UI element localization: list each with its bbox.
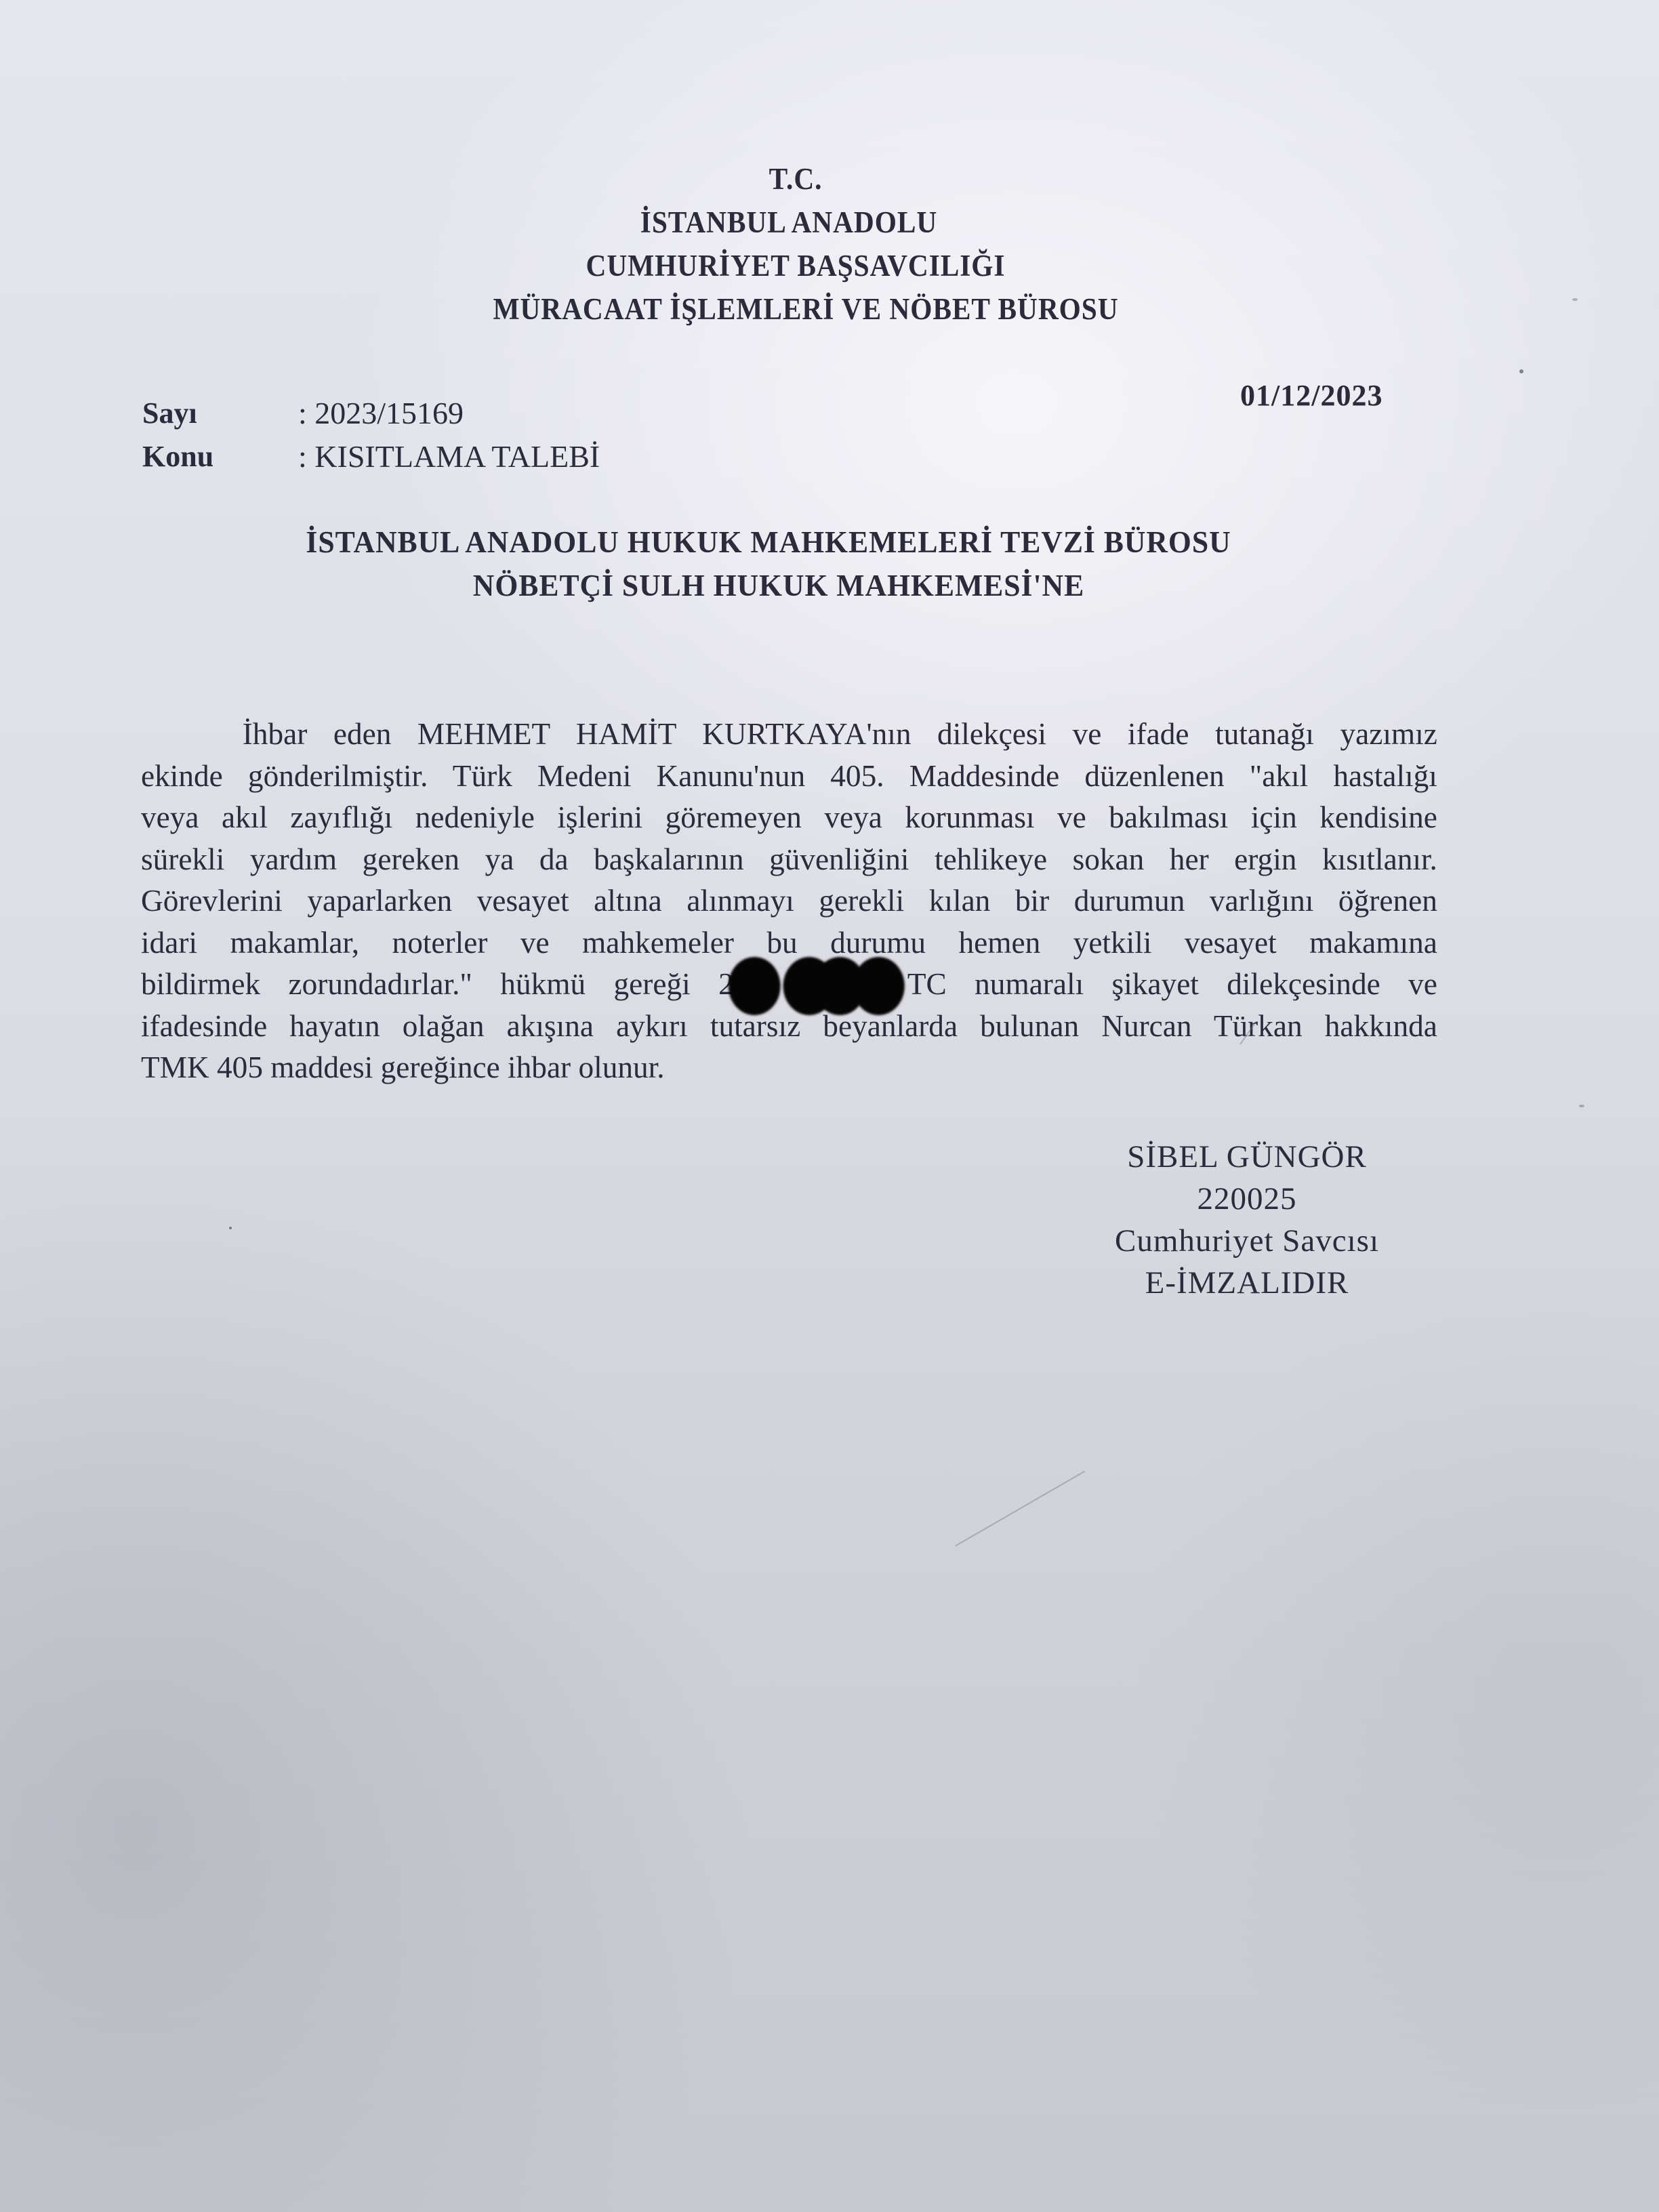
body-line: ekinde gönderilmiştir. Türk Medeni Kanun… — [141, 755, 1437, 797]
body-line-7-after: TC numaralı şikayet dilekçesinde ve — [907, 966, 1437, 1001]
signatory-title: Cumhuriyet Savcısı — [1071, 1220, 1423, 1262]
sayi-label: Sayı — [142, 393, 197, 434]
signatory-number: 220025 — [1071, 1178, 1423, 1220]
body-line-7-before: bildirmek zorundadırlar." hükmü gereği 2 — [141, 966, 734, 1001]
sayi-value: : 2023/15169 — [298, 393, 464, 434]
paper-crease — [956, 1471, 1086, 1547]
body-line: veya akıl zayıflığı nedeniyle işlerini g… — [141, 796, 1437, 838]
body-line: sürekli yardım gereken ya da başkalarını… — [141, 838, 1437, 880]
body-line: idari makamlar, noterler ve mahkemeler b… — [141, 922, 1437, 964]
paper-speck — [229, 1227, 232, 1229]
konu-label: Konu — [142, 436, 213, 477]
paper-speck — [1519, 369, 1523, 373]
issuer-header: T.C. İSTANBUL ANADOLU CUMHURİYET BAŞSAVC… — [0, 157, 1659, 331]
addressee-line-1: İSTANBUL ANADOLU HUKUK MAHKEMELERİ TEVZİ… — [0, 520, 1614, 564]
body-line: İhbar eden MEHMET HAMİT KURTKAYA'nın dil… — [141, 713, 1437, 755]
header-city: İSTANBUL ANADOLU — [0, 201, 1589, 244]
body-line-redacted: bildirmek zorundadırlar." hükmü gereği 2… — [141, 963, 1437, 1005]
header-bureau: MÜRACAAT İŞLEMLERİ VE NÖBET BÜROSU — [21, 287, 1591, 331]
body-line: TMK 405 maddesi gereğince ihbar olunur. — [141, 1046, 1437, 1088]
redaction-marks — [734, 973, 907, 1000]
paper-speck — [1579, 1105, 1584, 1107]
header-prosecutor-office: CUMHURİYET BAŞSAVCILIĞI — [1, 244, 1590, 287]
body-line: Görevlerini yaparlarken vesayet altına a… — [141, 880, 1437, 922]
konu-value: : KISITLAMA TALEBİ — [298, 436, 600, 477]
body-paragraph: İhbar eden MEHMET HAMİT KURTKAYA'nın dil… — [141, 713, 1437, 1088]
addressee-block: İSTANBUL ANADOLU HUKUK MAHKEMELERİ TEVZİ… — [0, 520, 1659, 607]
paper-speck — [1572, 298, 1578, 301]
e-signature-status: E-İMZALIDIR — [1071, 1262, 1423, 1304]
signatory-name: SİBEL GÜNGÖR — [1071, 1136, 1423, 1178]
document-page: T.C. İSTANBUL ANADOLU CUMHURİYET BAŞSAVC… — [0, 0, 1659, 2212]
document-date: 01/12/2023 — [1240, 378, 1382, 413]
addressee-line-2: NÖBETÇİ SULH HUKUK MAHKEMESİ'NE — [0, 564, 1615, 607]
signature-block: SİBEL GÜNGÖR 220025 Cumhuriyet Savcısı E… — [1071, 1136, 1423, 1304]
header-tc: T.C. — [1, 157, 1590, 201]
